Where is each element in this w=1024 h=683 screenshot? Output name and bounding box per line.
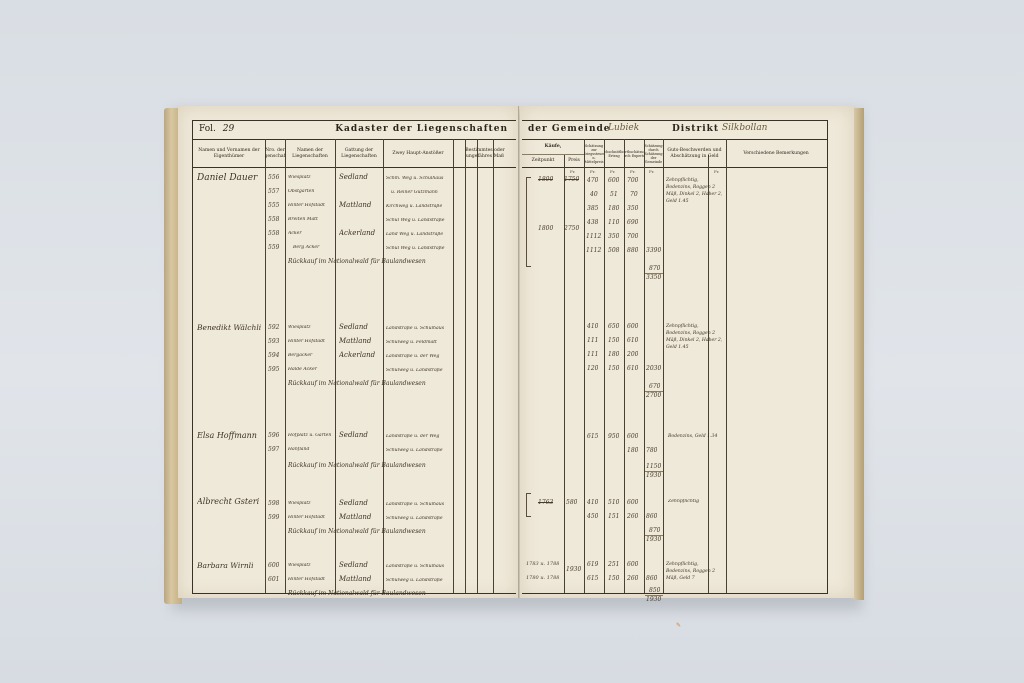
parcel-nro: 595 (268, 366, 279, 373)
value-cell: 260 (627, 575, 638, 582)
value-cell: 610 (627, 365, 638, 372)
col-divider (335, 139, 336, 593)
currency-unit: Fr. (630, 169, 636, 174)
purchase-date: 1780 u. 1788 (526, 575, 559, 581)
folio-number: 29 (223, 124, 234, 134)
kaeufe-label: Käufe, (545, 144, 562, 150)
col-divider (726, 139, 727, 593)
value-cell: 470 (587, 177, 598, 184)
header-owner: Namen und Vornamen der Eigenthümer (193, 140, 265, 167)
parcel-neighbors: Schulweg u. Landstraße (386, 516, 452, 521)
col-divider (265, 139, 266, 593)
value-cell: 151 (608, 513, 619, 520)
header-measure: Bestimmtes oder ungefähres Maß (453, 140, 517, 167)
parcel-neighbors: Schulweg u. Landstraße (386, 578, 452, 583)
parcel-kind: Sedland (339, 173, 368, 181)
right-title-bar: der Gemeinde Lubiek Distrikt Silkbollan (522, 121, 827, 140)
parcel-neighbors: u. Reiner Gutzmann (391, 190, 451, 195)
owner-name: Barbara Wirnli (197, 561, 265, 570)
value-cell: 150 (608, 365, 619, 372)
subtotal: 1150 (646, 463, 661, 470)
parcel-nro: 592 (268, 324, 279, 331)
header-parcel-name: Namen der Liegenschaften (285, 140, 335, 167)
parcel-neighbors: Schul Weg u. Landstraße (386, 246, 452, 251)
parcel-neighbors: Landstraße u. Schulhaus (386, 326, 452, 331)
value-cell: 180 (627, 447, 638, 454)
header-parcel-kind: Gattung der Liegenschaften (335, 140, 383, 167)
parcel-name: Wiesplätz (288, 563, 334, 568)
value-cell: 700 (627, 177, 638, 184)
col-divider (465, 139, 466, 593)
parcel-name: Hinter Hofstadt (288, 203, 334, 208)
page-title: Kadaster der Liegenschaften (335, 124, 508, 134)
parcel-nro: 599 (268, 514, 279, 521)
header-kriegssteuer: Schätzung zur Kriegssteuer n. Mittelprei… (584, 140, 604, 167)
parcel-nro: 558 (268, 216, 279, 223)
header-gemeinde-schaetzung: Schätzung durch Schätzung der Gemeinde (644, 140, 663, 167)
entry-note: Rückkauf im Nationalwald für Baulandwese… (288, 590, 488, 597)
header-kaeufe: Käufe, (522, 140, 584, 154)
parcel-nro: 596 (268, 432, 279, 439)
total: 1930 (646, 596, 661, 603)
left-page: Fol. 29 Kadaster der Liegenschaften Name… (178, 106, 519, 598)
parcel-name: Wiesplätz (288, 501, 334, 506)
value-cell: 700 (627, 233, 638, 240)
value-cell: 110 (608, 219, 619, 226)
total: 2700 (646, 392, 661, 399)
value-cell: 1112 (586, 247, 601, 254)
book-right-edge (854, 108, 864, 600)
parcel-kind: Sedland (339, 431, 368, 439)
col-divider (564, 155, 565, 593)
parcel-name: Berg Acker (293, 245, 333, 250)
struck-date: 1763 (538, 499, 553, 506)
right-page: der Gemeinde Lubiek Distrikt Silkbollan … (520, 106, 854, 598)
value-cell: 508 (608, 247, 619, 254)
value-cell: 150 (608, 337, 619, 344)
owner-name: Benedikt Wälchli (197, 323, 265, 332)
charges-note: Bodenzins, Geld 1.34 (668, 433, 724, 440)
subtotal: 870 (649, 527, 660, 534)
header-bemerkungen: Verschiedene Bemerkungen (726, 140, 826, 167)
col-divider (493, 139, 494, 593)
parcel-nro: 559 (268, 244, 279, 251)
parcel-nro: 597 (268, 446, 279, 453)
parcel-nro: 601 (268, 576, 279, 583)
value-cell: 180 (608, 351, 619, 358)
value-cell: 2030 (646, 365, 661, 372)
header-beschwerden: Guts-Beschwerden und Abschätzung in Geld (663, 140, 726, 167)
value-cell: 615 (587, 575, 598, 582)
col-divider (453, 139, 454, 593)
purchase-price: 2750 (564, 225, 579, 232)
value-cell: 880 (627, 247, 638, 254)
value-cell: 410 (587, 499, 598, 506)
subtotal: 870 (649, 265, 660, 272)
col-divider (477, 139, 478, 593)
value-cell: 600 (627, 561, 638, 568)
header-ertrag: Durchschnittlicher Ertrag (604, 140, 624, 167)
value-cell: 350 (608, 233, 619, 240)
parcel-kind: Mattland (339, 201, 371, 209)
value-cell: 450 (587, 513, 598, 520)
col-divider (584, 139, 585, 593)
subtotal: 670 (649, 383, 660, 390)
value-cell: 860 (646, 513, 657, 520)
purchase-price: 580 (566, 499, 577, 506)
value-cell: 1112 (586, 233, 601, 240)
parcel-name: Hanfland (288, 447, 334, 452)
charges-note: Zehnpflichtig, Bodenzins, Roggen 2 Mäß, … (666, 177, 724, 205)
value-cell: 860 (646, 575, 657, 582)
currency-unit: Fr. (649, 169, 655, 174)
value-cell: 650 (608, 323, 619, 330)
entry-note: Rückkauf im Nationalwald für Baulandwese… (288, 258, 488, 265)
currency-unit: Fr. (570, 169, 576, 174)
value-cell: 600 (627, 323, 638, 330)
value-cell: 410 (587, 323, 598, 330)
value-cell: 619 (587, 561, 598, 568)
folio: Fol. 29 (199, 124, 234, 134)
value-cell: 150 (608, 575, 619, 582)
col-divider (644, 139, 645, 593)
parcel-neighbors: Schulweg u. Landstraße (386, 368, 452, 373)
header-preis: Preis (564, 155, 584, 167)
parcel-neighbors: Land Weg u. Landstraße (386, 232, 452, 237)
header-experten: Werthschätzung durch Experten (624, 140, 644, 167)
right-page-frame: der Gemeinde Lubiek Distrikt Silkbollan … (522, 120, 828, 594)
total: 1930 (646, 472, 661, 479)
parcel-neighbors: Kirchweg u. Landstraße (386, 204, 452, 209)
value-cell: 690 (627, 219, 638, 226)
value-cell: 251 (608, 561, 619, 568)
currency-unit: Fr. (590, 169, 596, 174)
header-nro: Nro. der Liegenschaften (265, 140, 285, 167)
col-divider (663, 139, 664, 593)
value-cell: 350 (627, 205, 638, 212)
parcel-kind: Ackerland (339, 351, 375, 359)
struck-price: 1750 (564, 176, 579, 183)
parcel-name: Hofplatz u. Garten (288, 433, 334, 438)
value-cell: 600 (627, 433, 638, 440)
total: 3350 (646, 274, 661, 281)
parcel-name: Hinter Hofstadt (288, 577, 334, 582)
parcel-kind: Sedland (339, 499, 368, 507)
parcel-neighbors: Landstraße u. Schulhaus (386, 564, 452, 569)
value-cell: 120 (587, 365, 598, 372)
parcel-neighbors: Schulweg u. Landstraße (386, 448, 452, 453)
owner-name: Daniel Dauer (197, 173, 265, 183)
parcel-neighbors: Schulweg u. Feldmatt (386, 340, 452, 345)
parcel-kind: Mattland (339, 575, 371, 583)
parcel-nro: 557 (268, 188, 279, 195)
currency-unit: Fr. (714, 169, 720, 174)
currency-unit: Fr. (610, 169, 616, 174)
value-cell: 51 (610, 191, 618, 198)
parcel-name: Breiten Matt (288, 217, 334, 222)
value-cell: 385 (587, 205, 598, 212)
parcel-nro: 593 (268, 338, 279, 345)
charges-note: Zehnpflichtig (668, 499, 724, 504)
distrikt-label: Distrikt (672, 124, 719, 134)
value-cell: 615 (587, 433, 598, 440)
value-cell: 3390 (646, 247, 661, 254)
left-page-frame: Fol. 29 Kadaster der Liegenschaften Name… (192, 120, 516, 594)
folio-label: Fol. (199, 124, 216, 134)
gemeinde-value: Lubiek (608, 123, 639, 133)
value-cell: 438 (587, 219, 598, 226)
entry-note: Rückkauf im Nationalwald für Baulandwese… (288, 380, 488, 387)
parcel-name: Acker (288, 231, 334, 236)
gemeinde-label: der Gemeinde (528, 124, 611, 134)
value-cell: 600 (608, 177, 619, 184)
parcel-kind: Sedland (339, 323, 368, 331)
struck-date: 1800 (538, 176, 553, 183)
charges-note: Zehnpflichtig, Bodenzins, Roggen 2 Mäß, … (666, 323, 724, 351)
parcel-nro: 600 (268, 562, 279, 569)
parcel-nro: 598 (268, 500, 279, 507)
parcel-neighbors: Schm. Weg u. Schulhaus (386, 176, 452, 181)
pencil-mark: ✎ (676, 622, 681, 629)
col-divider (383, 139, 384, 593)
parcel-name: Halde Acker (288, 367, 334, 372)
charges-note: Zehnpflichtig, Bodenzins, Roggen 2 Mäß, … (666, 561, 724, 582)
parcel-neighbors: Schul Weg u. Landstraße (386, 218, 452, 223)
parcel-name: Wiesplätz (288, 175, 334, 180)
parcel-nro: 558 (268, 230, 279, 237)
distrikt-value: Silkbollan (722, 123, 767, 133)
value-cell: 260 (627, 513, 638, 520)
parcel-name: Obstgarten (288, 189, 334, 194)
value-cell: 600 (627, 499, 638, 506)
value-cell: 111 (587, 337, 598, 344)
parcel-neighbors: Landstraße u. Schulhaus (386, 502, 452, 507)
subtotal: 850 (649, 587, 660, 594)
value-cell: 780 (646, 447, 657, 454)
value-cell: 70 (630, 191, 638, 198)
parcel-kind: Mattland (339, 337, 371, 345)
parcel-name: Hinter Hofstadt (288, 515, 334, 520)
purchase-price: 1930 (566, 566, 581, 573)
parcel-nro: 594 (268, 352, 279, 359)
col-divider (285, 139, 286, 593)
left-title-bar: Fol. 29 Kadaster der Liegenschaften (193, 121, 516, 140)
parcel-neighbors: Landstraße u. der Weg (386, 434, 452, 439)
value-cell: 510 (608, 499, 619, 506)
entry-bracket (526, 493, 531, 517)
value-cell: 610 (627, 337, 638, 344)
parcel-kind: Sedland (339, 561, 368, 569)
owner-name: Albrecht Gsteri (197, 497, 265, 506)
entry-bracket (526, 177, 531, 267)
entry-note: Rückkauf im Nationalwald für Baulandwese… (288, 528, 488, 535)
purchase-date: 1800 (538, 225, 553, 232)
col-divider (624, 139, 625, 593)
total: 1930 (646, 536, 661, 543)
parcel-kind: Mattland (339, 513, 371, 521)
owner-name: Elsa Hoffmann (197, 431, 265, 440)
header-neighbors: Zwey Haupt-Anstößer (383, 140, 453, 167)
parcel-kind: Ackerland (339, 229, 375, 237)
parcel-nro: 555 (268, 202, 279, 209)
parcel-name: Wiesplätz (288, 325, 334, 330)
parcel-nro: 556 (268, 174, 279, 181)
value-cell: 111 (587, 351, 598, 358)
entry-note: Rückkauf im Nationalwald für Baulandwese… (288, 462, 488, 469)
parcel-neighbors: Landstraße u. der Weg (386, 354, 452, 359)
parcel-name: Hinter Hofstadt (288, 339, 334, 344)
parcel-name: Bergacker (288, 353, 334, 358)
kaeufe-subrule (522, 154, 584, 155)
purchase-date: 1783 u. 1788 (526, 561, 559, 567)
value-cell: 40 (590, 191, 598, 198)
value-cell: 200 (627, 351, 638, 358)
open-ledger-book: Fol. 29 Kadaster der Liegenschaften Name… (164, 100, 864, 606)
value-cell: 180 (608, 205, 619, 212)
value-cell: 950 (608, 433, 619, 440)
col-divider (604, 139, 605, 593)
header-zeitpunkt: Zeitpunkt (522, 155, 564, 167)
col-divider (708, 155, 709, 593)
